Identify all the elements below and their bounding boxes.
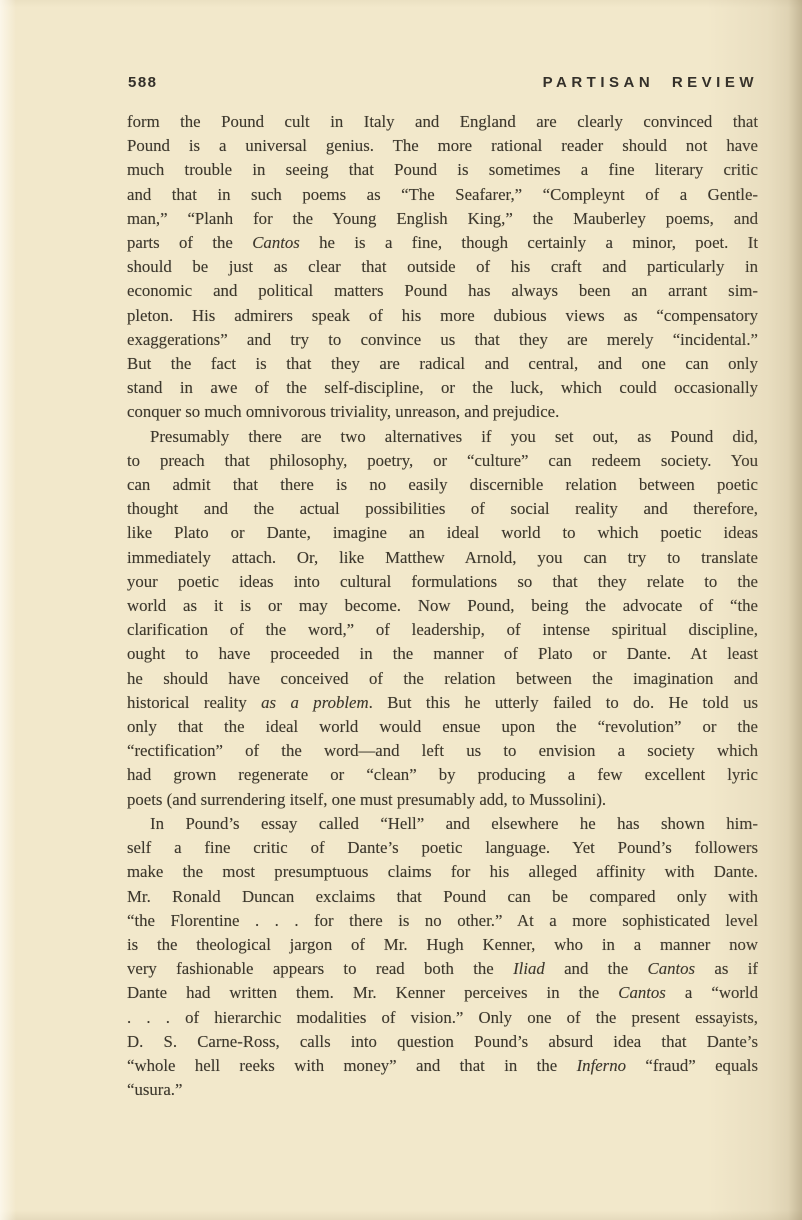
text-segment: and that in such poems as “The Seafarer,…	[127, 185, 758, 204]
text-line: clarification of the word,” of leadershi…	[127, 618, 758, 642]
text-segment: ought to have proceeded in the manner of…	[127, 644, 758, 663]
text-line: But the fact is that they are radical an…	[127, 352, 758, 376]
text-segment: man,” “Planh for the Young English King,…	[127, 209, 758, 228]
text-line: economic and political matters Pound has…	[127, 279, 758, 303]
text-line: much trouble in seeing that Pound is som…	[127, 158, 758, 182]
text-line: only that the ideal world would ensue up…	[127, 715, 758, 739]
text-segment: your poetic ideas into cultural formulat…	[127, 572, 758, 591]
text-segment: Mr. Ronald Duncan exclaims that Pound ca…	[127, 887, 758, 906]
text-segment: stand in awe of the self-discipline, or …	[127, 378, 758, 397]
text-line: Dante had written them. Mr. Kenner perce…	[127, 981, 758, 1005]
text-line: immediately attach. Or, like Matthew Arn…	[127, 546, 758, 570]
italic-text: as a problem	[261, 693, 368, 712]
text-segment: form the Pound cult in Italy and England…	[127, 112, 758, 131]
text-line: your poetic ideas into cultural formulat…	[127, 570, 758, 594]
text-segment: “usura.”	[127, 1080, 182, 1099]
text-segment: “rectification” of the word—and left us …	[127, 741, 758, 760]
text-segment: a “world	[666, 983, 758, 1002]
text-segment: only that the ideal world would ensue up…	[127, 717, 758, 736]
italic-text: Cantos	[648, 959, 696, 978]
text-segment: and the	[545, 959, 648, 978]
text-line: to preach that philosophy, poetry, or “c…	[127, 449, 758, 473]
journal-title: PARTISAN REVIEW	[543, 74, 758, 91]
text-segment: “whole hell reeks with money” and that i…	[127, 1056, 577, 1075]
text-segment: had grown regenerate or “clean” by produ…	[127, 765, 758, 784]
text-line: thought and the actual possibilities of …	[127, 497, 758, 521]
text-line: he should have conceived of the relation…	[127, 667, 758, 691]
text-line: and that in such poems as “The Seafarer,…	[127, 183, 758, 207]
text-line: can admit that there is no easily discer…	[127, 473, 758, 497]
text-line: Pound is a universal genius. The more ra…	[127, 134, 758, 158]
page-number: 588	[128, 74, 158, 91]
text-line: In Pound’s essay called “Hell” and elsew…	[127, 812, 758, 836]
text-segment: . But this he utterly failed to do. He t…	[369, 693, 758, 712]
text-line: world as it is or may become. Now Pound,…	[127, 594, 758, 618]
text-segment: he should have conceived of the relation…	[127, 669, 758, 688]
text-line: man,” “Planh for the Young English King,…	[127, 207, 758, 231]
article-body: form the Pound cult in Italy and England…	[127, 110, 758, 1102]
text-segment: self a fine critic of Dante’s poetic lan…	[127, 838, 758, 857]
text-segment: In Pound’s essay called “Hell” and elsew…	[150, 814, 758, 833]
text-line: pleton. His admirers speak of his more d…	[127, 304, 758, 328]
paragraph: form the Pound cult in Italy and England…	[127, 110, 758, 425]
text-line: conquer so much omnivorous triviality, u…	[127, 400, 758, 424]
text-segment: should be just as clear that outside of …	[127, 257, 758, 276]
text-line: make the most presumptuous claims for hi…	[127, 860, 758, 884]
text-segment: D. S. Carne-Ross, calls into question Po…	[127, 1032, 758, 1051]
text-line: exaggerations” and try to convince us th…	[127, 328, 758, 352]
text-segment: much trouble in seeing that Pound is som…	[127, 160, 758, 179]
text-line: form the Pound cult in Italy and England…	[127, 110, 758, 134]
text-segment: Presumably there are two alternatives if…	[150, 427, 758, 446]
text-segment: But the fact is that they are radical an…	[127, 354, 758, 373]
text-line: Presumably there are two alternatives if…	[127, 425, 758, 449]
italic-text: Cantos	[618, 983, 666, 1002]
italic-text: Inferno	[577, 1056, 626, 1075]
text-segment: historical reality	[127, 693, 261, 712]
text-line: stand in awe of the self-discipline, or …	[127, 376, 758, 400]
text-line: “the Florentine . . . for there is no ot…	[127, 909, 758, 933]
text-line: should be just as clear that outside of …	[127, 255, 758, 279]
text-segment: “the Florentine . . . for there is no ot…	[127, 911, 758, 930]
text-line: like Plato or Dante, imagine an ideal wo…	[127, 521, 758, 545]
text-line: historical reality as a problem. But thi…	[127, 691, 758, 715]
text-line: . . . of hierarchic modalities of vision…	[127, 1006, 758, 1030]
text-segment: economic and political matters Pound has…	[127, 281, 758, 300]
text-segment: Dante had written them. Mr. Kenner perce…	[127, 983, 618, 1002]
scanned-page: 588 PARTISAN REVIEW form the Pound cult …	[0, 0, 802, 1220]
text-segment: clarification of the word,” of leadershi…	[127, 620, 758, 639]
italic-text: Cantos	[252, 233, 300, 252]
text-line: poets (and surrendering itself, one must…	[127, 788, 758, 812]
text-segment: world as it is or may become. Now Pound,…	[127, 596, 758, 615]
text-segment: very fashionable appears to read both th…	[127, 959, 513, 978]
text-line: self a fine critic of Dante’s poetic lan…	[127, 836, 758, 860]
text-segment: parts of the	[127, 233, 252, 252]
text-segment: pleton. His admirers speak of his more d…	[127, 306, 758, 325]
text-segment: can admit that there is no easily discer…	[127, 475, 758, 494]
paragraph: Presumably there are two alternatives if…	[127, 425, 758, 812]
text-segment: “fraud” equals	[626, 1056, 758, 1075]
paragraph: In Pound’s essay called “Hell” and elsew…	[127, 812, 758, 1102]
text-segment: he is a fine, though certainly a minor, …	[300, 233, 758, 252]
text-segment: poets (and surrendering itself, one must…	[127, 790, 606, 809]
text-line: “usura.”	[127, 1078, 758, 1102]
text-segment: immediately attach. Or, like Matthew Arn…	[127, 548, 758, 567]
text-segment: . . . of hierarchic modalities of vision…	[127, 1008, 758, 1027]
text-segment: like Plato or Dante, imagine an ideal wo…	[127, 523, 758, 542]
text-line: “rectification” of the word—and left us …	[127, 739, 758, 763]
text-line: very fashionable appears to read both th…	[127, 957, 758, 981]
text-line: ought to have proceeded in the manner of…	[127, 642, 758, 666]
text-segment: make the most presumptuous claims for hi…	[127, 862, 758, 881]
text-line: “whole hell reeks with money” and that i…	[127, 1054, 758, 1078]
text-line: parts of the Cantos he is a fine, though…	[127, 231, 758, 255]
text-segment: as if	[695, 959, 758, 978]
text-segment: thought and the actual possibilities of …	[127, 499, 758, 518]
text-line: D. S. Carne-Ross, calls into question Po…	[127, 1030, 758, 1054]
text-line: Mr. Ronald Duncan exclaims that Pound ca…	[127, 885, 758, 909]
text-segment: is the theological jargon of Mr. Hugh Ke…	[127, 935, 758, 954]
text-segment: exaggerations” and try to convince us th…	[127, 330, 758, 349]
italic-text: Iliad	[513, 959, 545, 978]
text-line: had grown regenerate or “clean” by produ…	[127, 763, 758, 787]
text-segment: Pound is a universal genius. The more ra…	[127, 136, 758, 155]
text-line: is the theological jargon of Mr. Hugh Ke…	[127, 933, 758, 957]
running-header: 588 PARTISAN REVIEW	[128, 74, 758, 91]
text-segment: conquer so much omnivorous triviality, u…	[127, 402, 559, 421]
text-segment: to preach that philosophy, poetry, or “c…	[127, 451, 758, 470]
